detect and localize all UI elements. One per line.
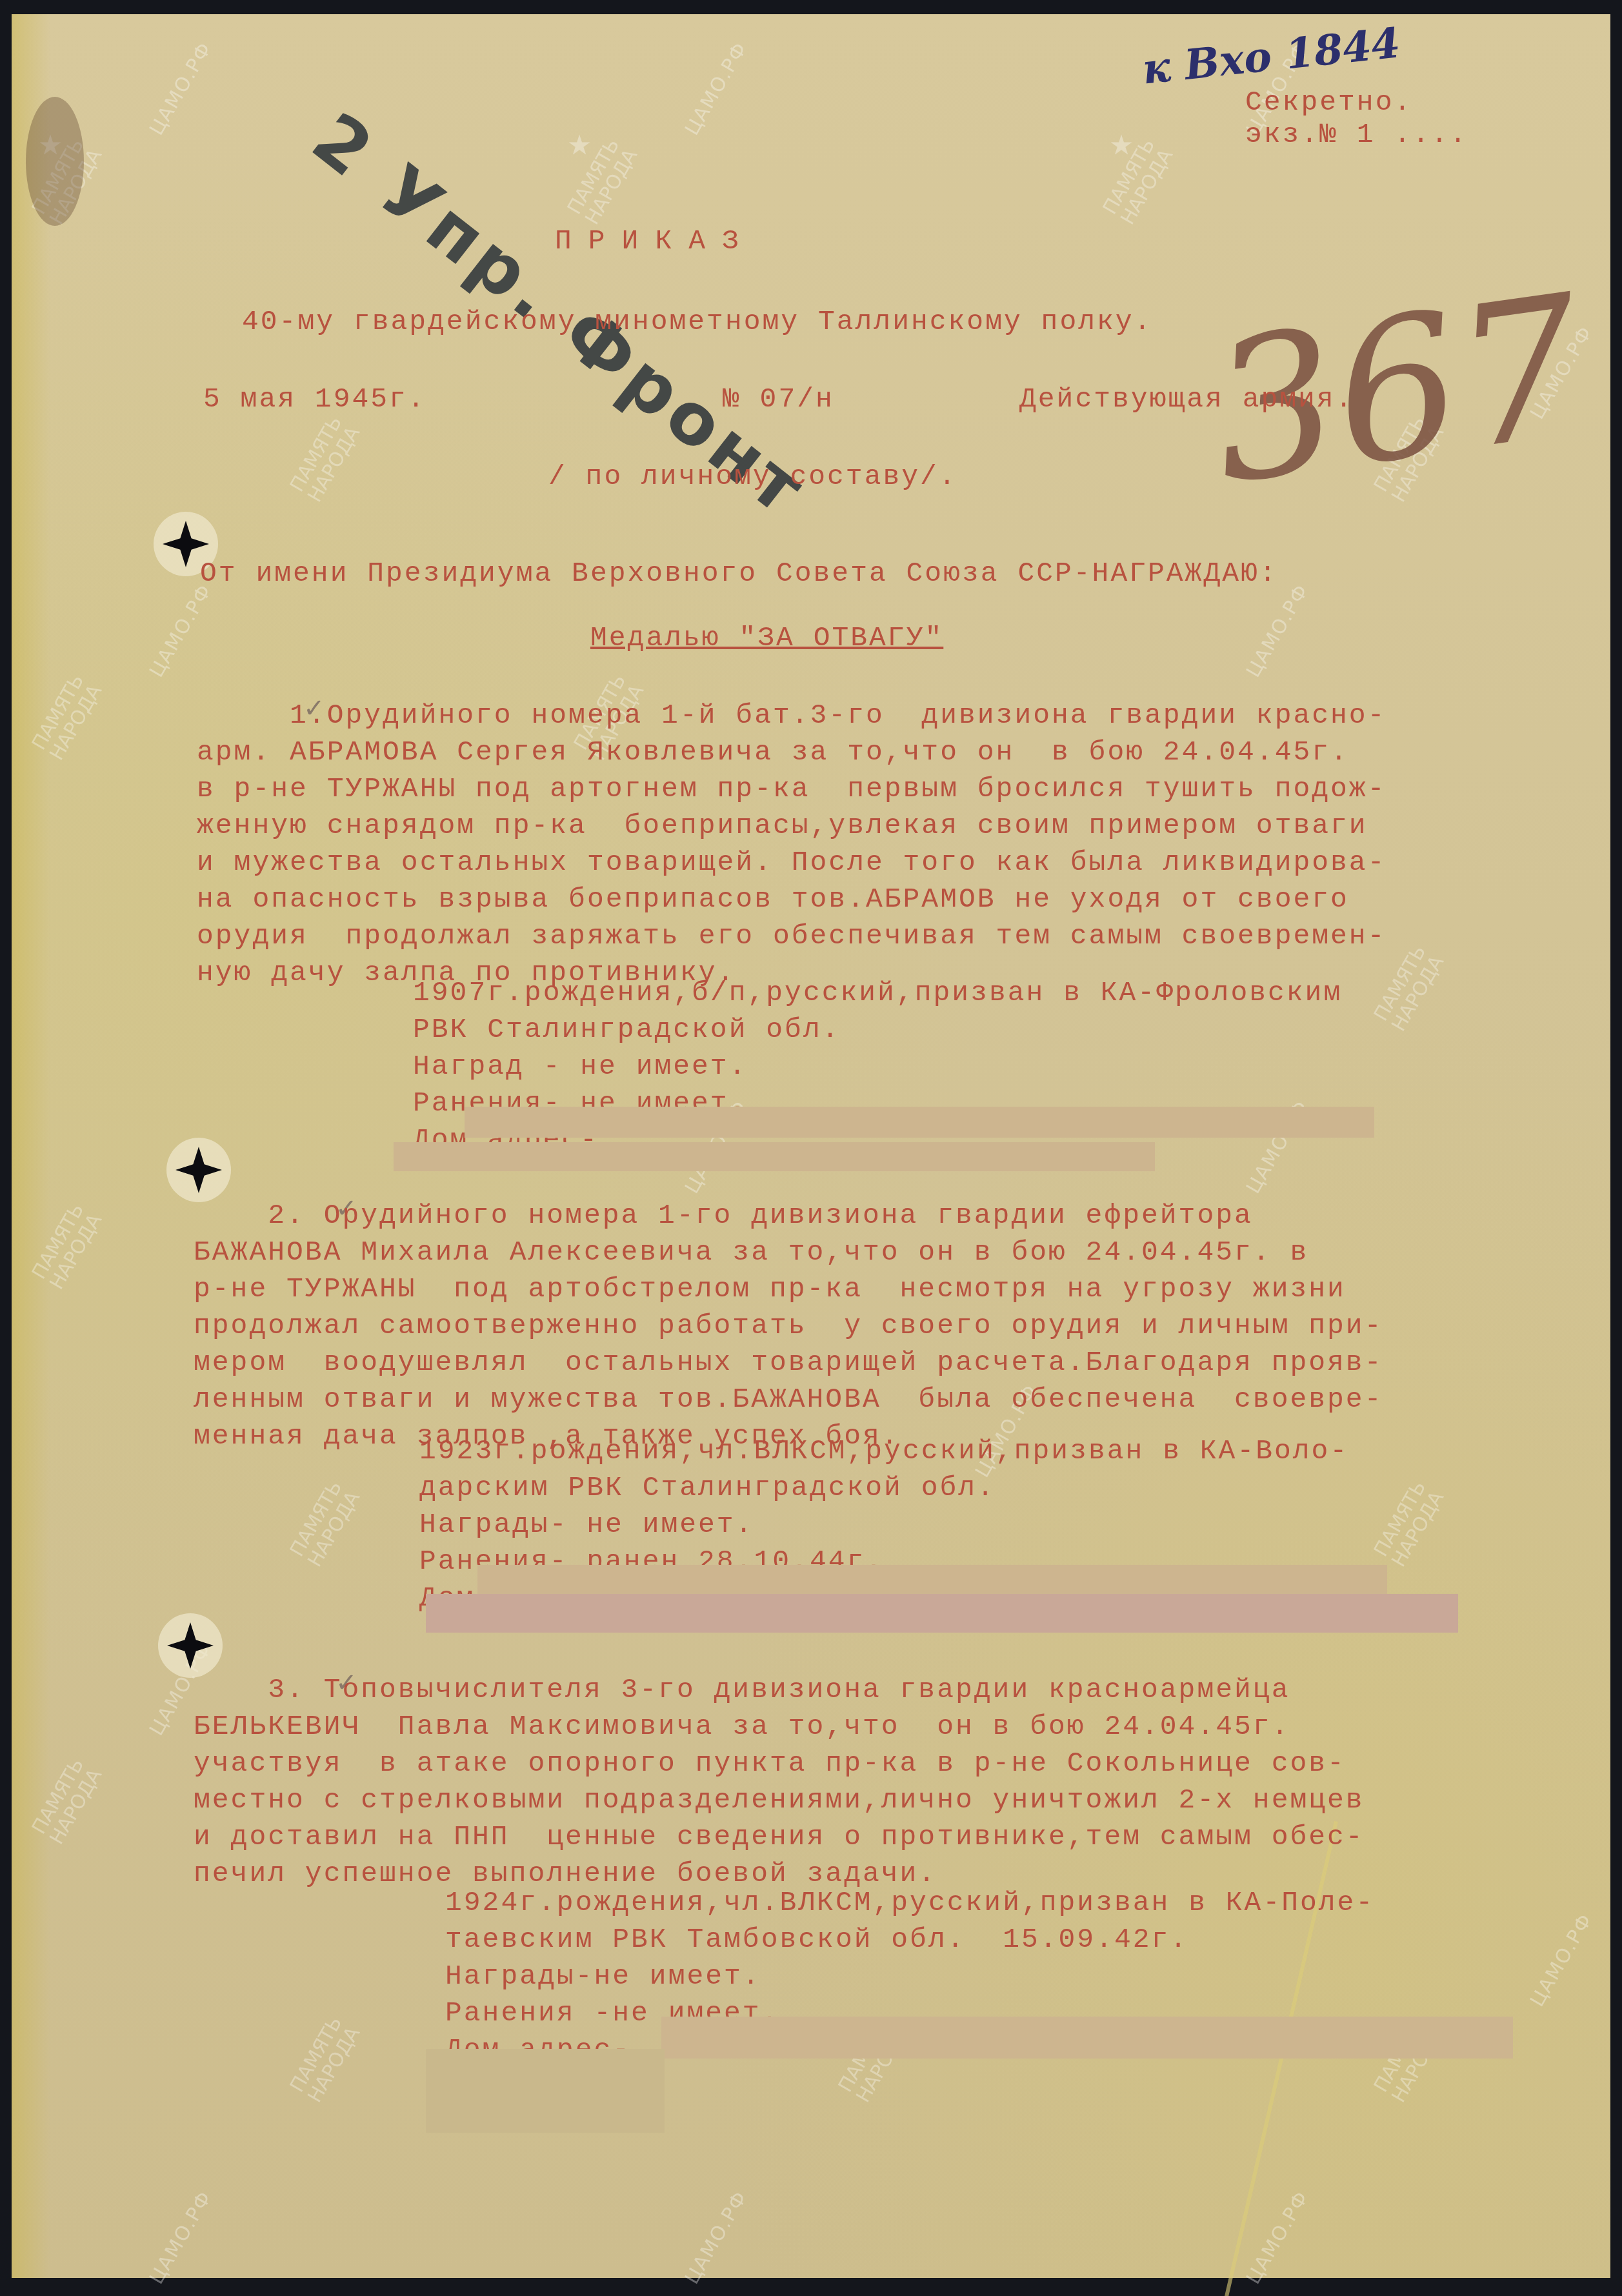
redacted-address	[394, 1142, 1155, 1171]
redacted-address	[426, 1594, 1458, 1633]
order-number: № 07/н	[723, 381, 834, 418]
order-subject: / по личному составу/.	[548, 458, 957, 495]
redacted-address	[477, 1565, 1387, 1594]
ink-stain	[26, 97, 84, 226]
award-name: Медалью "ЗА ОТВАГУ"	[590, 619, 943, 656]
order-location: Действующая армия.	[1019, 381, 1354, 418]
entry-1-text: 1.Орудийного номера 1-й бат.3-го дивизио…	[197, 697, 1386, 991]
addressee: 40-му гвардейскому минометному Таллинско…	[242, 303, 1152, 340]
redacted-address	[465, 1107, 1374, 1138]
secrecy-label: Секретно.	[1245, 84, 1412, 121]
document-title: ПРИКАЗ	[555, 223, 756, 259]
copy-number: экз.№ 1 ....	[1245, 116, 1468, 153]
entry-2-text: 2. Орудийного номера 1-го дивизиона гвар…	[194, 1197, 1383, 1455]
entry-3-text: 3. Топовычислителя 3-го дивизиона гварди…	[194, 1671, 1365, 1892]
preamble: От имени Президиума Верховного Совета Со…	[200, 555, 1278, 592]
redacted-address	[426, 2049, 665, 2133]
redacted-address	[661, 2017, 1513, 2059]
order-date: 5 мая 1945г.	[203, 381, 426, 418]
watermark-star-icon: ★	[568, 119, 591, 167]
